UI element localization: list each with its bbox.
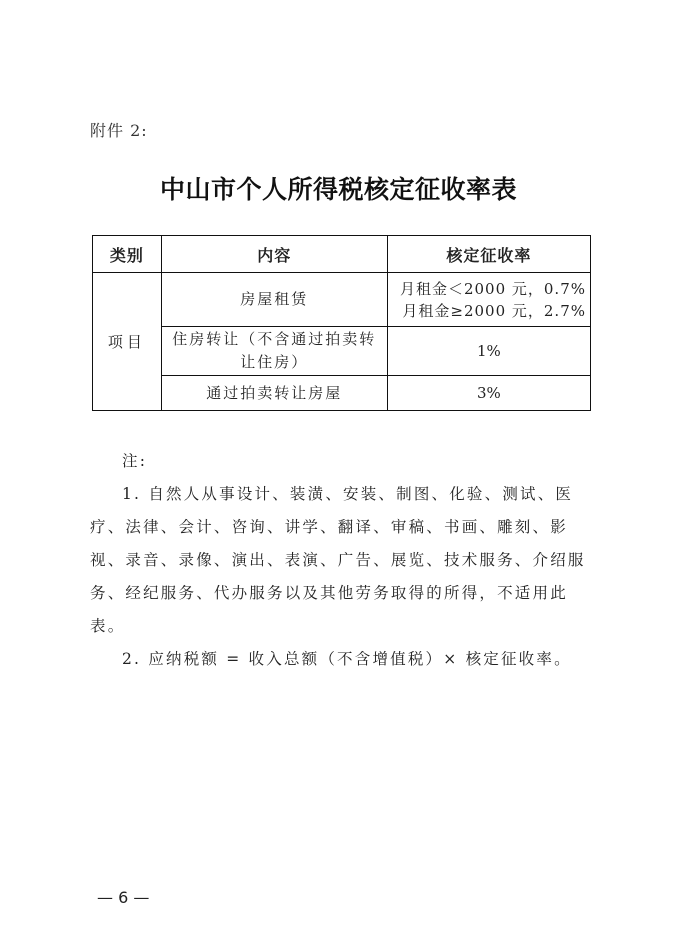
header-category: 类别 [93, 236, 162, 273]
rate-line: 月租金≥2000 元，2.7% [392, 300, 586, 322]
note-item: 1. 自然人从事设计、装潢、安装、制图、化验、测试、医疗、法律、会计、咨询、讲学… [90, 478, 600, 643]
page-number: — 6 — [97, 888, 149, 907]
table-row: 通过拍卖转让房屋 3% [93, 376, 591, 411]
document-title: 中山市个人所得税核定征收率表 [0, 170, 677, 206]
rate-cell: 1% [387, 327, 590, 376]
header-content: 内容 [161, 236, 387, 273]
rate-cell: 3% [387, 376, 590, 411]
content-cell: 住房转让（不含通过拍卖转让住房） [161, 327, 387, 376]
tax-rate-table: 类别 内容 核定征收率 项目 房屋租赁 月租金＜2000 元，0.7% 月租金≥… [92, 235, 591, 411]
note-item: 2. 应纳税额 = 收入总额（不含增值税）× 核定征收率。 [90, 643, 600, 676]
content-cell: 通过拍卖转让房屋 [161, 376, 387, 411]
table-header-row: 类别 内容 核定征收率 [93, 236, 591, 273]
header-rate: 核定征收率 [387, 236, 590, 273]
table-row: 项目 房屋租赁 月租金＜2000 元，0.7% 月租金≥2000 元，2.7% [93, 273, 591, 327]
rate-line: 月租金＜2000 元，0.7% [392, 278, 586, 300]
content-cell: 房屋租赁 [161, 273, 387, 327]
attachment-label: 附件 2: [90, 118, 148, 141]
category-cell: 项目 [93, 273, 162, 411]
table-row: 住房转让（不含通过拍卖转让住房） 1% [93, 327, 591, 376]
notes-section: 注: 1. 自然人从事设计、装潢、安装、制图、化验、测试、医疗、法律、会计、咨询… [90, 445, 600, 676]
rate-cell: 月租金＜2000 元，0.7% 月租金≥2000 元，2.7% [387, 273, 590, 327]
notes-label: 注: [90, 445, 600, 478]
